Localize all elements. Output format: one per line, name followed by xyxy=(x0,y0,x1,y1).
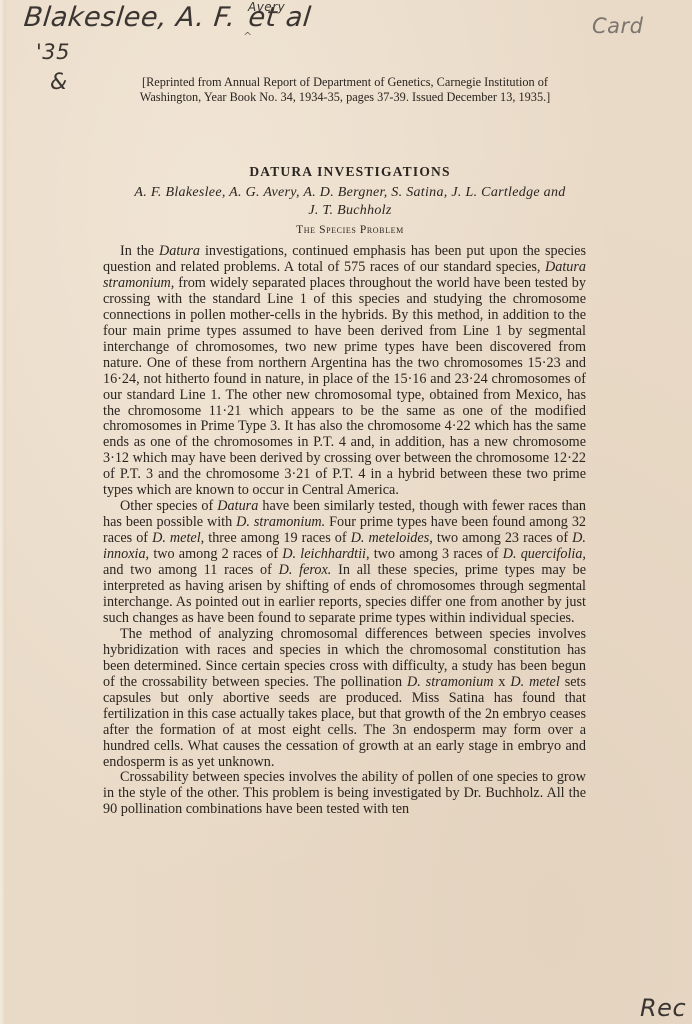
section-heading: The Species Problem xyxy=(100,224,600,236)
italic-text: D. quercifolia, xyxy=(503,546,586,562)
italic-text: D. metel­oides, xyxy=(351,530,433,546)
paragraph: Crossability between species involves th… xyxy=(103,770,586,818)
article-title: DATURA INVESTIGATIONS xyxy=(100,164,600,180)
reprint-note-line-2: Washington, Year Book No. 34, 1934-35, p… xyxy=(100,90,590,105)
paragraph: In the Datura investigations, continued … xyxy=(103,244,586,499)
italic-text: D. stramonium xyxy=(407,674,494,690)
text: three among 19 races of xyxy=(204,530,350,546)
handwritten-mark: & xyxy=(50,70,68,95)
text: Crossability between species involves th… xyxy=(103,769,586,817)
text: x xyxy=(493,674,510,690)
authors-line-2: J. T. Buchholz xyxy=(100,202,600,220)
italic-text: D. metel, xyxy=(152,530,204,546)
text: two among 2 races of xyxy=(149,546,282,562)
text: Other species of xyxy=(120,498,217,514)
paragraph: Other species of Datura have been simila… xyxy=(103,499,586,627)
italic-text: D. metel xyxy=(510,674,559,690)
text: two among 23 races of xyxy=(433,530,572,546)
italic-text: D. stramonium. xyxy=(236,514,325,530)
text: and two among 11 races of xyxy=(103,562,279,578)
italic-text: Datura xyxy=(217,498,258,514)
reprint-note: [Reprinted from Annual Report of Departm… xyxy=(100,75,590,105)
text: two among 3 races of xyxy=(370,546,503,562)
handwritten-card-note: Card xyxy=(592,14,644,38)
reprint-note-line-1: [Reprinted from Annual Report of Departm… xyxy=(100,75,590,90)
text: from widely separated places throughout … xyxy=(103,275,586,498)
handwritten-caret: ^ xyxy=(243,30,253,43)
paragraph: The method of analyzing chromosomal diff… xyxy=(103,627,586,771)
italic-text: D. leichhardtii, xyxy=(282,546,369,562)
italic-text: D. ferox. xyxy=(279,562,332,578)
article-body: In the Datura investigations, continued … xyxy=(103,244,586,818)
authors-line-1: A. F. Blakeslee, A. G. Avery, A. D. Berg… xyxy=(100,184,600,202)
handwritten-rec-note: Rec xyxy=(640,994,686,1022)
article-authors: A. F. Blakeslee, A. G. Avery, A. D. Berg… xyxy=(100,184,600,220)
paper-left-edge xyxy=(0,0,6,1024)
handwritten-year: '35 xyxy=(36,40,70,64)
handwritten-author-name: Blakeslee, A. F. xyxy=(22,2,237,33)
text: In the xyxy=(120,243,159,259)
italic-text: Datura xyxy=(159,243,200,259)
handwritten-insert-avery: Avery xyxy=(248,0,285,14)
